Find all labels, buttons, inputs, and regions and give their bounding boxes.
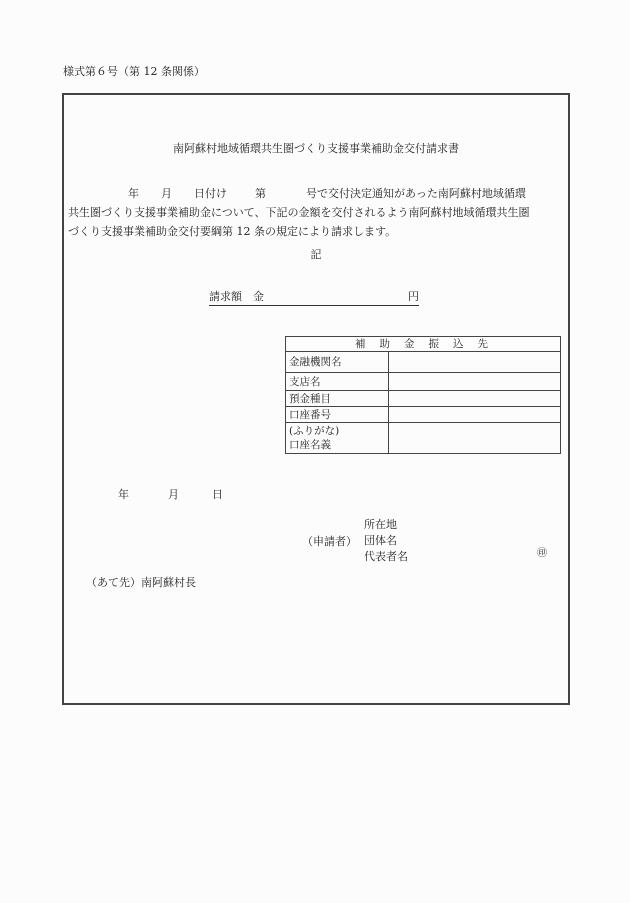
intro-year: 年 (128, 187, 139, 200)
account-type-label: 預金種目 (286, 391, 389, 407)
addressee: （あて先）南阿蘇村長 (86, 577, 196, 588)
bank-name-field[interactable] (389, 352, 561, 373)
address-label: 所在地 (364, 517, 408, 533)
intro-day: 日付け (194, 187, 227, 200)
request-paragraph: 年月日付け第号で交付決定通知があった南阿蘇村地域循環 共生圏づくり支援事業補助金… (68, 184, 564, 241)
account-number-label: 口座番号 (286, 407, 389, 423)
account-type-field[interactable] (389, 391, 561, 407)
account-holder-field[interactable] (389, 423, 561, 454)
intro-number-prefix: 第 (255, 187, 266, 200)
paragraph-line-3: づくり支援事業補助金交付要綱第 12 条の規定により請求します。 (68, 222, 564, 241)
branch-name-field[interactable] (389, 373, 561, 391)
document-frame: 南阿蘇村地域循環共生圏づくり支援事業補助金交付請求書 年月日付け第号で交付決定通… (62, 93, 570, 705)
applicant-role: （申請者） (302, 533, 357, 549)
bank-transfer-table: 補助金振込先 金融機関名 支店名 預金種目 口座番号 (ふりがな) 口座名義 (285, 336, 561, 454)
seal-icon: ㊞ (537, 549, 547, 559)
furigana-label: (ふりがな) (289, 424, 385, 438)
bank-name-label: 金融機関名 (286, 352, 389, 373)
bank-table-header: 補助金振込先 (286, 337, 561, 352)
branch-name-label: 支店名 (286, 373, 389, 391)
representative-label: 代表者名 (364, 549, 408, 565)
paragraph-line-2: 共生圏づくり支援事業補助金について、下記の金額を交付されるよう南阿蘇村地域循環共… (68, 203, 564, 222)
yen-unit: 円 (408, 291, 419, 303)
intro-line1-rest: 号で交付決定通知があった南阿蘇村地域循環 (306, 187, 526, 200)
request-amount-field[interactable]: 請求額 金 円 (209, 291, 419, 306)
date-month: 月 (168, 489, 179, 500)
amount-label: 請求額 金 (209, 290, 264, 303)
account-number-field[interactable] (389, 407, 561, 423)
ki-heading: 記 (64, 249, 568, 260)
account-holder-label: (ふりがな) 口座名義 (286, 423, 389, 454)
organization-label: 団体名 (364, 533, 408, 549)
date-year: 年 (118, 489, 129, 500)
form-number: 様式第６号（第 12 条関係） (63, 66, 205, 77)
date-day: 日 (212, 489, 223, 500)
intro-month: 月 (161, 187, 172, 200)
account-holder-name-label: 口座名義 (289, 438, 385, 452)
document-title: 南阿蘇村地域循環共生圏づくり支援事業補助金交付請求書 (64, 143, 568, 154)
paragraph-line-1: 年月日付け第号で交付決定通知があった南阿蘇村地域循環 (68, 184, 564, 203)
